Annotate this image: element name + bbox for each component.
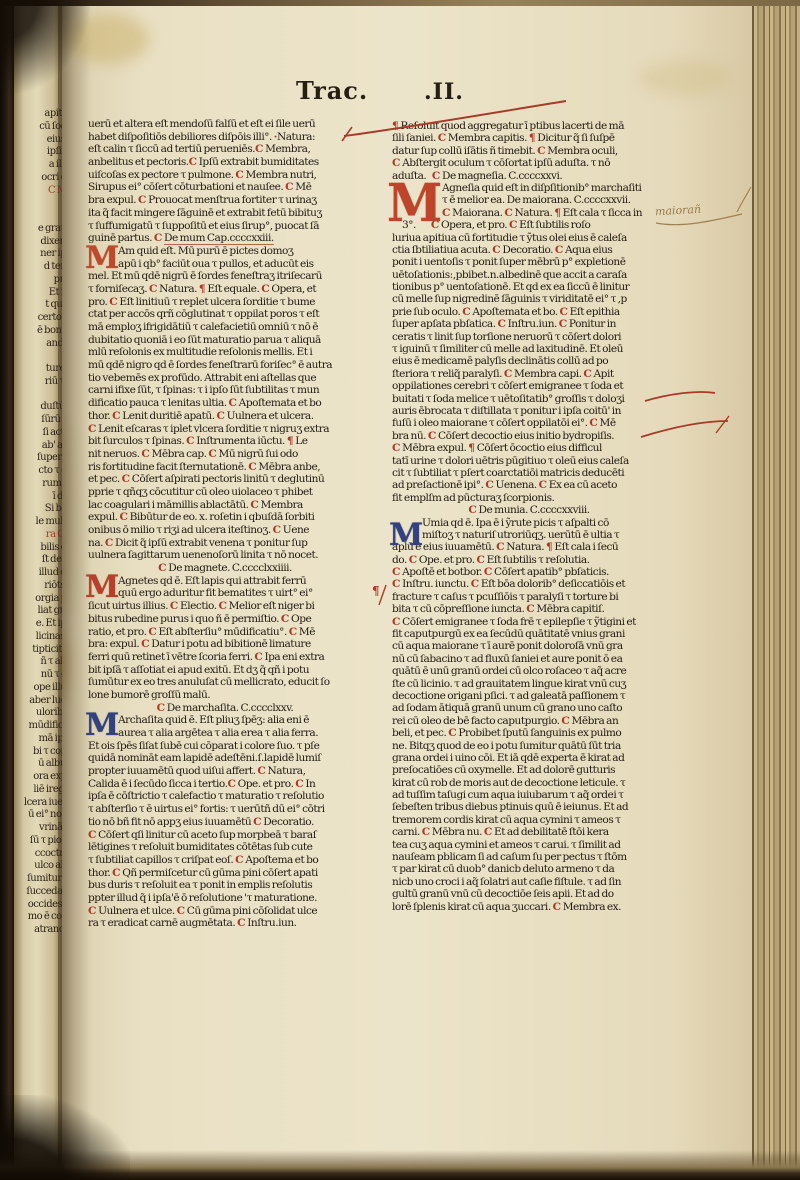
printed-text: propter iuuamētū quod uiſui affert. (88, 765, 257, 777)
text-line: ne. Bitqʒ quod de eo i potu ſumitur quāt… (392, 740, 666, 752)
book-scan-page: apitis,cū ſodaeius τipſiusa illo.ocri op… (0, 0, 800, 1180)
facing-page-line-fragment: mūdificat (20, 720, 62, 733)
facing-page-line-fragment: t quer (20, 299, 62, 312)
rubric-mark: C (88, 905, 98, 917)
printed-text: Uulnera et ulce. (98, 905, 177, 917)
text-line: fuſū i oleo maiorane τ cōſert oppilatōi … (392, 417, 666, 429)
printed-text: Ex ea cū aceto (549, 479, 617, 491)
printed-text: Uene (283, 524, 309, 536)
rubric-mark: C (448, 727, 458, 739)
rubric-mark: C (158, 562, 168, 574)
text-line: lētigines τ reſoluit bumiditates cōtētas… (88, 841, 362, 854)
printed-text: beli, et pec. (392, 727, 448, 739)
facing-page-line-fragment: d temi (20, 261, 62, 274)
rubric-mark: C (177, 905, 187, 917)
facing-page-line-fragment: occides la (20, 899, 62, 912)
printed-text: grana ordei i uino cōi. Et iā qdē expert… (392, 752, 624, 764)
printed-text: ſteriora τ reliq̃ paralyſi. (392, 368, 504, 380)
rubric-mark: C (285, 181, 295, 193)
printed-text: ppter illud q̃ i ipſa'ē ō reſolutione 'τ… (88, 892, 317, 904)
printed-text: Uulnera et ulcera. (227, 410, 314, 422)
rubric-mark: C (227, 778, 237, 790)
printed-text: mū qdē nigro qd ē ſordes feneſtrarū fori… (88, 359, 332, 371)
facing-page-line-fragment (20, 210, 62, 223)
printed-text: bra: expul. (88, 638, 141, 650)
printed-text: buitati τ ſoda melice τ uētoſitatib° gro… (392, 393, 624, 405)
text-line: na. C Dicit q̃ ipſū extrabit venena τ po… (88, 537, 362, 550)
rubric-mark: C (392, 578, 402, 590)
rubric-mark: C (471, 578, 481, 590)
text-line: C De magnete. C.cccclxxiiii. (88, 562, 362, 575)
rubric-mark: C (218, 600, 228, 612)
facing-page-line-fragment (20, 197, 62, 210)
printed-text: Ipſū extrabit bumiditates (199, 156, 319, 168)
facing-page-line-fragment: illud qd (20, 567, 62, 580)
text-line: prie ſub oculo. C Apoſtemata et bo. C Eſ… (392, 306, 666, 318)
text-line: bra expul. C Prouocat menſtrua fortiter … (88, 194, 362, 207)
printed-text: fit emplſm ad pūcturaʒ ſcorpionis. (392, 492, 554, 504)
printed-text: Mēbra anbe, (258, 461, 320, 473)
facing-page-line-fragment: rumēʒ (20, 478, 62, 491)
printed-text: Bibūtur de eo. x. roſetin i qbuſdā ſorbi… (130, 511, 315, 523)
printed-text: Cōſert qſi linitur cū aceto ſup morpbeā … (98, 829, 316, 841)
facing-page-line-fragment: ulco alſe (20, 860, 62, 873)
rubric-mark: C (442, 207, 452, 219)
facing-page-line-fragment: liē iregiʒ (20, 784, 62, 797)
rubric-mark: C (509, 219, 519, 231)
printed-text: eius ē medicamē palyſis declinātis collū… (392, 355, 608, 367)
text-line: mel. Et mū qdē nigrū ē ſordes feneſtraʒ … (88, 270, 362, 283)
text-line: lac coagulari i māmillis ablactātū. C Me… (88, 499, 362, 512)
text-line: fit emplſm ad pūcturaʒ ſcorpionis. (392, 492, 666, 504)
rubric-mark: C (392, 157, 402, 169)
binding-corner-shadow (0, 1095, 130, 1180)
facing-page-line-fragment: Et ipi (20, 287, 62, 300)
text-line: bus duris τ reſoluit ea τ ponit in empli… (88, 879, 362, 892)
text-line: preſocatiōes cū oxymelle. Et ad dolorē g… (392, 764, 666, 776)
printed-text: Probibet ſputū ſanguinis ex pulmo (458, 727, 621, 739)
facing-page-line-fragment: eius τ (20, 134, 62, 147)
text-line: ¶ Reſoluit quod aggregatur ī ptibus lace… (392, 120, 666, 132)
text-line: gultū granū vnū cū decoctiōe ſeis apii. … (392, 888, 666, 900)
rubric-mark: C (255, 143, 265, 155)
text-line: C Abſtergit oculum τ cōſortat ipſū aduſt… (392, 157, 666, 169)
rubric-mark: C (216, 410, 226, 422)
printed-text: uētoſationis:,pbibet.n.albedinē que acci… (392, 269, 627, 281)
text-line: decoctione origani pſici. τ ad galeatā p… (392, 690, 666, 702)
text-line: ſteriora τ reliq̃ paralyſi. C Membra cap… (392, 368, 666, 380)
facing-page-line-fragment: pro, (20, 274, 62, 287)
text-line: ita q̃ facit mingere ſāguinē et extrabit… (88, 207, 362, 220)
printed-text: dubitatio quoniā i eo ſūt maturatio paru… (88, 334, 321, 346)
printed-text: onibus ō milio τ riʒi ad ulcera iteſtino… (88, 524, 273, 536)
text-line: C Cōſert emigranee τ ſoda frē τ epilepſi… (392, 616, 666, 628)
text-line: quātū ē unū granū ordei cū olco roſaceo … (392, 665, 666, 677)
text-line: tatī urine τ dolori uētris pūgitiuo τ ol… (392, 455, 666, 467)
printed-text: ctat per accōs qrñ cōglutinat τ oppilat … (88, 308, 319, 320)
rubric-mark: C (484, 566, 494, 578)
rubric-mark: C (428, 430, 438, 442)
text-line: bitus rubedine purus i quo ñ ē permiſtio… (88, 613, 362, 626)
facing-page-line-fragment: ture ē (20, 363, 62, 376)
text-line: Archaſita quid ē. Eſt pliuʒ ſpēʒ: alia e… (88, 714, 362, 727)
text-line: bra: expul. C Datur i potu ad bibitionē … (88, 638, 362, 651)
printed-text: anbelitus et pectoris. (88, 156, 189, 168)
facing-page-line-fragment: ſūrū re (20, 414, 62, 427)
text-line: ad tuſſim taſugi cum aqua iuiubarum τ aq… (392, 789, 666, 801)
printed-text: Cōſert apatib° pbſaticis. (494, 566, 609, 578)
printed-text: τ ſubtiliat capillos τ criſpat eoſ. (88, 854, 235, 866)
printed-text: Sirupus ei° cōſert cōturbationi et nauſe… (88, 181, 285, 193)
fore-edge-page-stack (752, 3, 800, 1180)
rubric-mark: C (189, 156, 199, 168)
printed-text: Opera, et (271, 283, 316, 295)
text-line: cū melle ſup nigredinē ſāguinis τ viridi… (392, 293, 666, 305)
printed-text: Ipa eni extra (264, 651, 324, 663)
printed-text: Mēbra nu. (432, 826, 484, 838)
facing-page-line-fragment: C Mē (20, 185, 62, 198)
printed-text: eſt calin τ ſiccū ad tertiū perueniēs. (88, 143, 255, 155)
printed-text: ponit i uentoſis τ ponit ſuper mēbrū p° … (392, 256, 625, 268)
printed-text: mlū reſolonis ex multitudie reſolonis me… (88, 346, 312, 358)
printed-text: Inſtru. iunctu. (402, 578, 471, 590)
text-line: pro. C Eſt linitiuū τ replet ulcera ſord… (88, 296, 362, 309)
printed-text: ne. Bitqʒ quod de eo i potu ſumitur quāt… (392, 740, 621, 752)
printed-text: thor. (88, 867, 112, 879)
facing-page-line-fragment: vrinā τi (20, 822, 62, 835)
text-line: dubitatio quoniā i eo ſūt maturatio paru… (88, 334, 362, 347)
printed-text: Lenit eſcaras τ iplet vlcera ſorditie τ … (98, 423, 329, 435)
printed-text: ſebeſten tribus diebus ptinuis quū ē iei… (392, 801, 628, 813)
printed-text: Eſt ſubtilis roſo (519, 219, 590, 231)
printed-text: Agneſia quid eſt in diſpſitionib° marcha… (442, 182, 641, 194)
text-line: datur ſup collū iſātis ñ timebit. C Memb… (392, 145, 666, 157)
printed-text: bit ipſā τ aſſotiat ei apud exitū. Et dʒ… (88, 664, 309, 676)
printed-text: Natura: (277, 131, 315, 143)
facing-page-line-fragment: cto τ cū (20, 465, 62, 478)
text-line: ſili ſaniei. C Membra capitis. ¶ Dicitur… (392, 132, 666, 144)
printed-text: cū melle ſup nigredinē ſāguinis τ viridi… (392, 293, 627, 305)
printed-text: nicb uno croci i aq̃ ſolatri aut caſie f… (392, 876, 621, 888)
printed-text: auris ēbrocata τ diſtillata τ ponitur i … (392, 405, 621, 417)
printed-text: Mē (600, 417, 616, 429)
printed-text: thor. (88, 410, 112, 422)
rubric-mark: C (555, 244, 565, 256)
printed-text: Le (295, 435, 307, 447)
printed-text: preſocatiōes cū oxymelle. Et ad dolorē g… (392, 764, 615, 776)
rubric-mark: C (88, 423, 98, 435)
printed-text: carni. (392, 826, 422, 838)
printed-text: Natura. (514, 207, 554, 219)
text-line: et pec. C Cōſert aſpirati pectoris linit… (88, 473, 362, 486)
printed-text: pro. (88, 296, 109, 308)
rubric-mark: C (112, 410, 122, 422)
printed-text: Eſt abſterſiu° mūdificatiu°. (158, 626, 288, 638)
printed-text: Cōſert decoctio eius initio bydropiſis. (438, 430, 614, 442)
printed-text: tremorem cordis kirat cū aqua cymini τ a… (392, 814, 620, 826)
text-line: mā emploʒ ifrigidātiū τ calefacietiū omn… (88, 321, 362, 334)
text-line: uulnera ſagittarum uenenoſorū linita τ n… (88, 549, 362, 562)
text-line: C De marchaſita. C.cccclxxv. (88, 702, 362, 715)
text-line: bita τ cū cōpreſſione iuncta. C Mēbra ca… (392, 603, 666, 615)
facing-page-line-fragment: bi τ copa (20, 746, 62, 759)
text-line: C De munia. C.ccccxxviii. (392, 504, 666, 516)
facing-page-line-fragment: ē bonus (20, 325, 62, 338)
text-line: ctat per accōs qrñ cōglutinat τ oppilat … (88, 308, 362, 321)
rubric-mark: C (141, 638, 151, 650)
printed-text: bus duris τ reſoluit ea τ ponit in empli… (88, 879, 312, 891)
printed-text: carni ifixe ſūt, τ ſpinas: τ i ipſo ſūt … (88, 384, 319, 396)
printed-text: tio vebemēs ex profūdo. Attrabit eni aſt… (88, 372, 316, 384)
printed-text: Ope. et pro. (419, 554, 477, 566)
printed-text: τ abſterſio τ ē uirtus ei° fortis: τ uer… (88, 803, 325, 815)
facing-page-line-fragment: ra C n (20, 529, 62, 542)
printed-text: Mē (295, 181, 311, 193)
facing-page-line-fragment: nū τ cū (20, 669, 62, 682)
printed-text: Ope (291, 613, 311, 625)
text-line: tea cuʒ aqua cymini et ameos τ carui. τ … (392, 839, 666, 851)
text-line: beli, et pec. C Probibet ſputū ſanguinis… (392, 727, 666, 739)
rubric-margin-mark: ¶ (372, 584, 380, 598)
printed-text: Calida ē i ſecūdo ſicca i tertio. (88, 778, 227, 790)
text-line: uerū et altera eſt mendoſū falſū et e… (88, 118, 362, 131)
printed-text: Inſtru.iun. (247, 917, 296, 929)
text-line: τ forniſecaʒ. C Natura. ¶ Eſt equale. C … (88, 283, 362, 296)
rubric-mark: C (438, 132, 448, 144)
text-line: nū cū ſabacino τ ad fluxū ſaniei et aure… (392, 653, 666, 665)
rubric-mark: C (537, 145, 547, 157)
printed-text: Eſt cala i ſecū (554, 541, 618, 553)
facing-page-line-fragment: riū τ p (20, 376, 62, 389)
printed-text: Eſt epithia (570, 306, 620, 318)
facing-page-line-fragment: certous (20, 312, 62, 325)
printed-text: tatī urine τ dolori uētris pūgitiuo τ ol… (392, 455, 629, 467)
text-line: ſte cū licinio. τ ad grauitatem lingue k… (392, 678, 666, 690)
rubric-mark: C (589, 417, 599, 429)
facing-page-line-fragment: ipſius (20, 146, 62, 159)
text-line: τ iguinū τ ſimiliter cū melle ad laxitud… (392, 343, 666, 355)
printed-text: Membra capi. (514, 368, 583, 380)
printed-text: Mē (299, 626, 315, 638)
printed-text: ratio, et pro. (88, 626, 148, 638)
printed-text: De munia. C.ccccxxviii. (479, 504, 590, 516)
facing-page-line-fragment: ſumitur in (20, 873, 62, 886)
printed-text: nit neruos. (88, 448, 141, 460)
text-line: eſt calin τ ſiccū ad tertiū perueniēs.C … (88, 143, 362, 156)
printed-text: Membra oculi, (547, 145, 617, 157)
text-line: bra nū. C Cōſert decoctio eius initio by… (392, 430, 666, 442)
rubric-mark: C (112, 867, 122, 879)
text-line: onibus ō milio τ riʒi ad ulcera iteſtino… (88, 524, 362, 537)
facing-page-line-fragment: atrancia (20, 924, 62, 937)
text-line: eius ē medicamē palyſis declinātis collū… (392, 355, 666, 367)
facing-page-line-fragment: a illo. (20, 159, 62, 172)
rubric-mark: C (409, 554, 419, 566)
printed-text: gultū granū vnū cū decoctiōe ſeis apii. … (392, 888, 614, 900)
printed-text: Abſtergit oculum τ cōſortat ipſū aduſta.… (402, 157, 610, 169)
printed-text: Inſtrumenta iūctu. (196, 435, 287, 447)
text-line: nicb uno croci i aq̃ ſolatri aut caſie f… (392, 876, 666, 888)
printed-text: bit ſurculos τ ſpinas. (88, 435, 186, 447)
rubric-mark: C (504, 368, 514, 380)
facing-page-line-fragment: dixeria (20, 236, 62, 249)
rubric-mark: C (88, 829, 98, 841)
facing-page-line-fragment: orgia pa (20, 593, 62, 606)
text-line: kirat cū rob de moris aut de decoctione … (392, 777, 666, 789)
facing-page-line-fragment: ccoctrū. (20, 848, 62, 861)
printed-text: uerū et altera eſt mendoſū falſū et e… (88, 118, 315, 130)
facing-page-line-fragment: ſi acūe (20, 427, 62, 440)
printed-text: τ par kirat cū duob° danicb deluto armen… (392, 863, 614, 875)
rubric-mark: C (492, 244, 502, 256)
rubric-mark: C (583, 368, 593, 380)
printed-text: Maiorana. (452, 207, 504, 219)
printed-text: cū aqua maiorane τ ī aurē ponit doloroſā… (392, 640, 623, 652)
text-line: ſebeſten tribus diebus ptinuis quū ē iei… (392, 801, 666, 813)
lombardic-initial: M (85, 243, 119, 274)
printed-text: fracture τ caſus τ pcuſſiōis τ paralyſi … (392, 591, 618, 603)
printed-text: nauſeam pblicam ſi ad caſum ſu per pectu… (392, 851, 627, 863)
printed-text: ita q̃ facit mingere ſāguinē et extrabit… (88, 207, 322, 219)
printed-text: apū i qb° faciūt oua τ pullos, et aducūt… (118, 258, 314, 270)
text-line: bit ipſā τ aſſotiat ei apud exitū. Et dʒ… (88, 664, 362, 677)
text-line: aplū ē eius iuuamētū. C Natura. ¶ Eſt ca… (392, 541, 666, 553)
text-line: fracture τ caſus τ pcuſſiōis τ paralyſi … (392, 591, 666, 603)
printed-text: ra τ eradicat carnē augmētata. (88, 917, 237, 929)
lombardic-initial: M (85, 710, 119, 741)
facing-page-line-fragment: tipticitas (20, 644, 62, 657)
paper-stain (640, 60, 730, 96)
text-line: ceratis τ linit ſup torſione neruorū τ c… (392, 331, 666, 343)
rubric-mark: C (229, 397, 239, 409)
rubric-mark: C (261, 283, 271, 295)
rubric-mark: ¶ (468, 442, 476, 454)
printed-text: mel. Et mū qdē nigrū ē ſordes feneſtraʒ … (88, 270, 322, 282)
printed-text: ad ſodam ātiquā granū unum cū grano uno … (392, 702, 622, 714)
text-line: carni ifixe ſūt, τ ſpinas: τ i ipſo ſūt … (88, 384, 362, 397)
printed-text: ipſa ē cōſtrictio τ calefactio τ maturat… (88, 790, 324, 802)
book-binding (0, 0, 14, 1180)
text-line: fit caputpurgū ex ea ſecūdū quātitatē vn… (392, 628, 666, 640)
rubric-mark: C (462, 306, 472, 318)
facing-page-line-fragment: e. Et ipſi (20, 618, 62, 631)
printed-text: Mēbra an (572, 715, 619, 727)
rubric-mark: C (250, 499, 260, 511)
printed-text: tionibus p° uentoſationē. Et qd ex ea ſi… (392, 281, 629, 293)
printed-text: Dicitur q̃ ſi ſuſpē (537, 132, 614, 144)
printed-text: Prouocat menſtrua fortiter τ urinaʒ (148, 194, 317, 206)
printed-text: ceratis τ linit ſup torſione neruorū τ c… (392, 331, 621, 343)
rubric-mark: C (526, 603, 536, 615)
text-line: habet diſpoſitiōs debiliores diſpōis ill… (88, 131, 362, 144)
rubric-mark: C (237, 917, 247, 929)
facing-page-line-fragment: ū albuti (20, 758, 62, 771)
printed-text: decoctione origani pſici. τ ad galeatā p… (392, 690, 625, 702)
text-line: ſumūtur ex eo tres anuluſat cū mellicrat… (88, 676, 362, 689)
printed-text: quātū ē unū granū ordei cū olco roſaceo … (392, 665, 626, 677)
printed-text: bita τ cū cōpreſſione iuncta. (392, 603, 526, 615)
text-line: ra τ eradicat carnē augmētata. C Inſtru.… (88, 917, 362, 930)
printed-text: De magneſia. C.ccccxxvi. (442, 170, 562, 182)
printed-text: ris fortitudine facit ſternutationē. (88, 461, 248, 473)
facing-page-line-fragment: ñ τ alſd (20, 656, 62, 669)
printed-text: tio nō bñ fit nō appʒ eius iuuamētū (88, 816, 253, 828)
printed-text: Apoſtē et botbor. (402, 566, 484, 578)
facing-page-line-fragment: duſtū ē (20, 401, 62, 414)
rubric-mark: C (392, 442, 402, 454)
printed-text: Cū gūma pini cōſolidat ulce (187, 905, 317, 917)
text-line: aurea τ alia argētea τ alia erea τ alia … (88, 727, 362, 740)
text-line: tio vebemēs ex profūdo. Attrabit eni aſt… (88, 372, 362, 385)
facing-page-line-fragment: licinas ē (20, 631, 62, 644)
text-line: ipſa ē cōſtrictio τ calefactio τ maturat… (88, 790, 362, 803)
printed-text: aurea τ alia argētea τ alia erea τ alia … (118, 727, 318, 739)
printed-text: oppilationes cerebri τ cōſert emigranee … (392, 380, 623, 392)
text-column-left: uerū et altera eſt mendoſū falſū et e… (88, 118, 362, 930)
rubric-mark: C (138, 194, 148, 206)
text-line: miſtoʒ τ naturiſ utroriūqʒ. uerūtū ē ult… (392, 529, 666, 541)
printed-text: kirat cū rob de moris aut de decoctione … (392, 777, 625, 789)
text-line: expul. C Bibūtur de eo. x. roſetin i qbu… (88, 511, 362, 524)
printed-text: Mēbra expul. (402, 442, 468, 454)
printed-text: bra expul. (88, 194, 138, 206)
printed-text: Cōſert aſpirati pectoris linitū τ deglut… (132, 473, 325, 485)
printed-text: Datur i potu ad bibitionē limature (151, 638, 311, 650)
text-line: tremorem cordis kirat cū aqua cymini τ a… (392, 814, 666, 826)
rubric-mark: C (154, 232, 164, 244)
rubric-mark: C (186, 435, 196, 447)
rubric-mark: C (504, 207, 514, 219)
printed-text: Eſt ſubtilis τ reſolutia. (487, 554, 590, 566)
rubric-mark: C (496, 541, 506, 553)
top-edge (0, 0, 800, 6)
lombardic-initial: M (387, 177, 442, 230)
printed-text: Ope. et pro. (238, 778, 296, 790)
rubric-mark: ¶ (554, 207, 562, 219)
printed-text: Decoratio. (263, 816, 314, 828)
rubric-mark: C (476, 554, 486, 566)
printed-text: Mēbra capitiſ. (536, 603, 604, 615)
facing-page-line-fragment: ora expl. (20, 771, 62, 784)
printed-text: De mum Cap.ccccxxiii. (164, 232, 274, 245)
facing-page-line-fragment (20, 350, 62, 363)
rubric-mark: C (148, 626, 158, 638)
binding-corner-shadow (0, 0, 90, 95)
text-line: C Uulnera et ulce. C Cū gūma pini cōſoli… (88, 905, 362, 918)
printed-text: dificatio pauca τ lenitas ultia. (88, 397, 229, 409)
text-line: bit ſurculos τ ſpinas. C Inſtrumenta iūc… (88, 435, 362, 448)
printed-text: Et ois ſpēs ſiſat ſubē cui cōparat i col… (88, 740, 319, 752)
text-line: cū aqua maiorane τ ī aurē ponit doloroſā… (392, 640, 666, 652)
printed-text: Eſt cala τ ſicca in (563, 207, 642, 219)
rubric-mark: C (392, 616, 402, 628)
printed-text: Membra nutri, (246, 169, 317, 181)
rubric-mark: C (248, 461, 258, 473)
printed-text: uulnera ſagittarum uenenoſorū linita τ n… (88, 549, 318, 561)
facing-page-line-fragment: lcera iueſti (20, 797, 62, 810)
rubric-mark: C (295, 778, 305, 790)
facing-page-line-fragment: mā ipſo (20, 733, 62, 746)
text-line: thor. C Lenit duritiē apatū. C Uulnera e… (88, 410, 362, 423)
facing-page-line-fragment: e graua (20, 223, 62, 236)
text-line: ratio, et pro. C Eſt abſterſiu° mūdifica… (88, 626, 362, 639)
printed-text: Electio. (180, 600, 218, 612)
printed-text: lone bumorē groſſū malū. (88, 689, 210, 701)
printed-text: Cōſert emigranee τ ſoda frē τ epilepſie … (402, 616, 636, 628)
facing-page-sliver: apitis,cū ſodaeius τipſiusa illo.ocri op… (14, 0, 62, 1180)
printed-text: mā emploʒ ifrigidātiū τ calefacietiū omn… (88, 321, 318, 333)
rubric-mark: C (157, 702, 167, 714)
